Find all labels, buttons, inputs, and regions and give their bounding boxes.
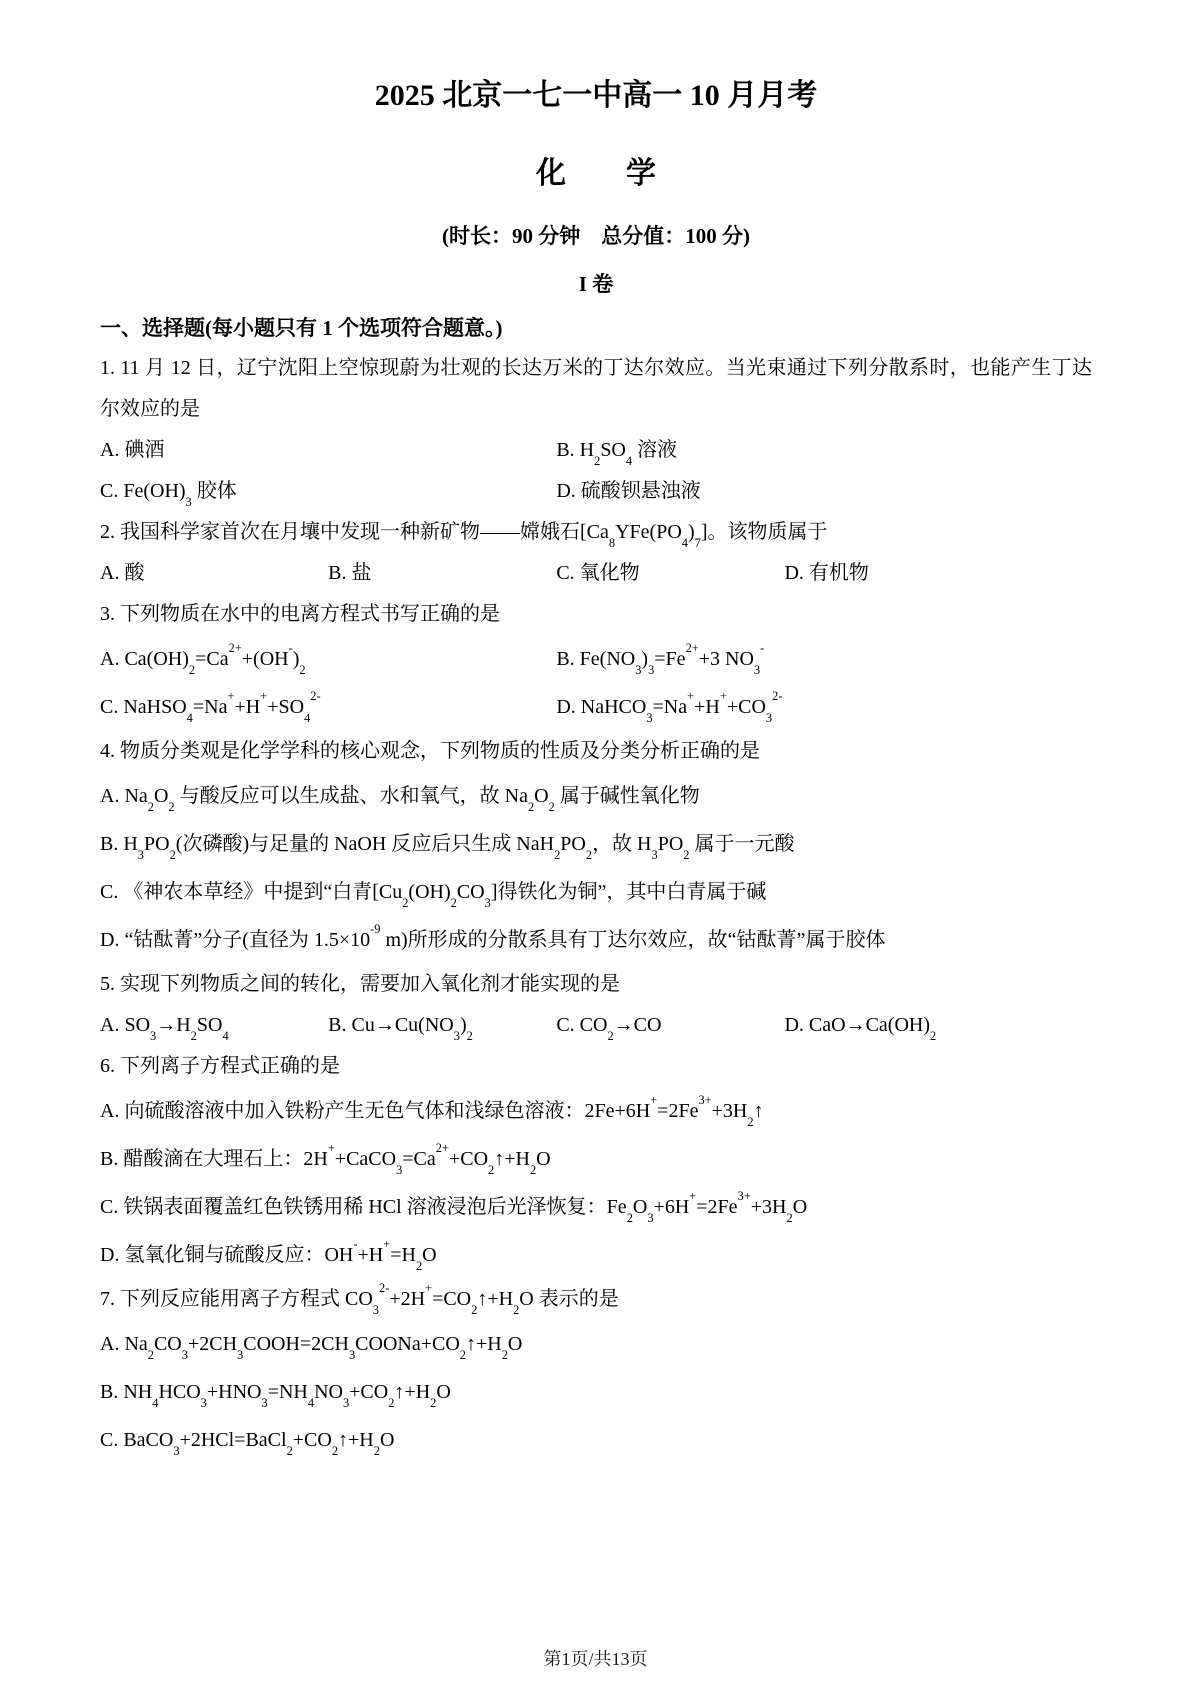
q4-option-b: B. H3PO2(次磷酸)与足量的 NaOH 反应后只生成 NaH2PO2，故 … xyxy=(100,820,1092,868)
question-7-options: A. Na2CO3+2CH3COOH=2CH3COONa+CO2↑+H2O B.… xyxy=(100,1320,1092,1464)
q3-option-a: A. Ca(OH)2=Ca2++(OH-)2 xyxy=(100,635,556,683)
exam-page: 2025 北京一七一中高一 10 月月考 化 学 (时长：90 分钟 总分值：1… xyxy=(0,0,1191,1684)
question-6-stem: 6. 下列离子方程式正确的是 xyxy=(100,1046,1092,1087)
question-3-options: A. Ca(OH)2=Ca2++(OH-)2 B. Fe(NO3)3=Fe2++… xyxy=(100,635,1092,731)
question-6: 6. 下列离子方程式正确的是 A. 向硫酸溶液中加入铁粉产生无色气体和浅绿色溶液… xyxy=(100,1046,1092,1279)
exam-subject: 化 学 xyxy=(100,156,1092,192)
q6-option-b: B. 醋酸滴在大理石上：2H++CaCO3=Ca2++CO2↑+H2O xyxy=(100,1135,1092,1183)
question-4-stem: 4. 物质分类观是化学学科的核心观念，下列物质的性质及分类分析正确的是 xyxy=(100,731,1092,772)
q6-option-c: C. 铁锅表面覆盖红色铁锈用稀 HCl 溶液浸泡后光泽恢复：Fe2O3+6H+=… xyxy=(100,1183,1092,1231)
question-6-options: A. 向硫酸溶液中加入铁粉产生无色气体和浅绿色溶液：2Fe+6H+=2Fe3++… xyxy=(100,1087,1092,1279)
q4-option-d: D. “钴酞菁”分子(直径为 1.5×10-9 m)所形成的分散系具有丁达尔效应… xyxy=(100,916,1092,964)
q2-option-c: C. 氧化物 xyxy=(556,553,784,594)
q1-option-d: D. 硫酸钡悬浊液 xyxy=(556,471,1092,512)
q3-option-b: B. Fe(NO3)3=Fe2++3 NO3- xyxy=(556,635,1092,683)
q4-option-c: C. 《神农本草经》中提到“白青[Cu2(OH)2CO3]得铁化为铜”，其中白青… xyxy=(100,868,1092,916)
question-1: 1. 11 月 12 日，辽宁沈阳上空惊现蔚为壮观的长达万米的丁达尔效应。当光束… xyxy=(100,348,1092,512)
q2-option-b: B. 盐 xyxy=(328,553,556,594)
question-5-stem: 5. 实现下列物质之间的转化，需要加入氧化剂才能实现的是 xyxy=(100,964,1092,1005)
q7-option-b: B. NH4HCO3+HNO3=NH4NO3+CO2↑+H2O xyxy=(100,1368,1092,1416)
question-2-stem: 2. 我国科学家首次在月壤中发现一种新矿物——嫦娥石[Ca8YFe(PO4)7]… xyxy=(100,512,1092,553)
q5-option-a: A. SO3→H2SO4 xyxy=(100,1005,328,1046)
question-1-options: A. 碘酒 B. H2SO4 溶液 C. Fe(OH)3 胶体 D. 硫酸钡悬浊… xyxy=(100,430,1092,512)
exam-meta: (时长：90 分钟 总分值：100 分) xyxy=(100,222,1092,250)
q6-option-d: D. 氢氧化铜与硫酸反应：OH-+H+=H2O xyxy=(100,1231,1092,1279)
question-3: 3. 下列物质在水中的电离方程式书写正确的是 A. Ca(OH)2=Ca2++(… xyxy=(100,594,1092,731)
q5-option-c: C. CO2→CO xyxy=(556,1005,784,1046)
q5-option-d: D. CaO→Ca(OH)2 xyxy=(784,1005,1092,1046)
q2-option-a: A. 酸 xyxy=(100,553,328,594)
q1-option-b: B. H2SO4 溶液 xyxy=(556,430,1092,471)
question-1-stem: 1. 11 月 12 日，辽宁沈阳上空惊现蔚为壮观的长达万米的丁达尔效应。当光束… xyxy=(100,348,1092,430)
volume-label: I 卷 xyxy=(100,270,1092,298)
q7-option-a: A. Na2CO3+2CH3COOH=2CH3COONa+CO2↑+H2O xyxy=(100,1320,1092,1368)
question-3-stem: 3. 下列物质在水中的电离方程式书写正确的是 xyxy=(100,594,1092,635)
q5-option-b: B. Cu→Cu(NO3)2 xyxy=(328,1005,556,1046)
question-7: 7. 下列反应能用离子方程式 CO32-+2H+=CO2↑+H2O 表示的是 A… xyxy=(100,1279,1092,1464)
exam-title: 2025 北京一七一中高一 10 月月考 xyxy=(100,78,1092,114)
q3-option-c: C. NaHSO4=Na++H++SO42- xyxy=(100,683,556,731)
page-number: 第1页/共13页 xyxy=(0,1648,1191,1670)
question-2-options: A. 酸 B. 盐 C. 氧化物 D. 有机物 xyxy=(100,553,1092,594)
q2-option-d: D. 有机物 xyxy=(784,553,1092,594)
question-5-options: A. SO3→H2SO4 B. Cu→Cu(NO3)2 C. CO2→CO D.… xyxy=(100,1005,1092,1046)
q1-option-c: C. Fe(OH)3 胶体 xyxy=(100,471,556,512)
section-heading: 一、选择题(每小题只有 1 个选项符合题意。) xyxy=(100,308,1092,348)
question-7-stem: 7. 下列反应能用离子方程式 CO32-+2H+=CO2↑+H2O 表示的是 xyxy=(100,1279,1092,1320)
q3-option-d: D. NaHCO3=Na++H++CO32- xyxy=(556,683,1092,731)
q1-option-a: A. 碘酒 xyxy=(100,430,556,471)
page-content: 2025 北京一七一中高一 10 月月考 化 学 (时长：90 分钟 总分值：1… xyxy=(100,0,1092,1464)
q7-option-c: C. BaCO3+2HCl=BaCl2+CO2↑+H2O xyxy=(100,1416,1092,1464)
question-4: 4. 物质分类观是化学学科的核心观念，下列物质的性质及分类分析正确的是 A. N… xyxy=(100,731,1092,964)
question-5: 5. 实现下列物质之间的转化，需要加入氧化剂才能实现的是 A. SO3→H2SO… xyxy=(100,964,1092,1046)
q4-option-a: A. Na2O2 与酸反应可以生成盐、水和氧气，故 Na2O2 属于碱性氧化物 xyxy=(100,772,1092,820)
q6-option-a: A. 向硫酸溶液中加入铁粉产生无色气体和浅绿色溶液：2Fe+6H+=2Fe3++… xyxy=(100,1087,1092,1135)
question-4-options: A. Na2O2 与酸反应可以生成盐、水和氧气，故 Na2O2 属于碱性氧化物 … xyxy=(100,772,1092,964)
question-2: 2. 我国科学家首次在月壤中发现一种新矿物——嫦娥石[Ca8YFe(PO4)7]… xyxy=(100,512,1092,594)
